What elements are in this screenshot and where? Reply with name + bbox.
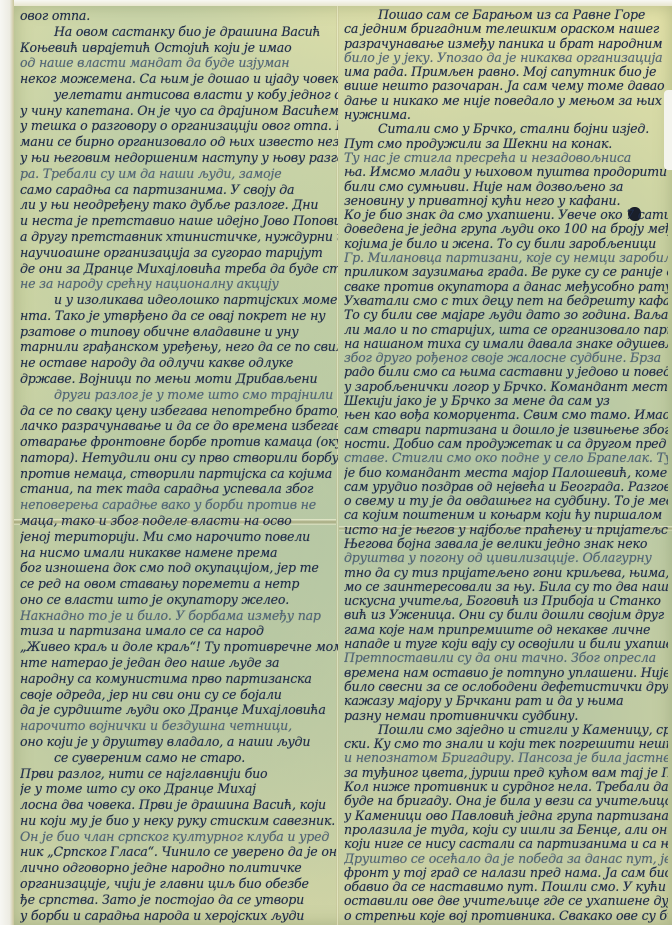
handwritten-line: сам ствари партизана и дошло је извињење…	[344, 423, 668, 437]
handwritten-line: Ухватали смо с тих децу пет на бедрешту …	[344, 294, 668, 308]
handwritten-line: лично одговорно једне народно политичке	[20, 860, 338, 876]
handwritten-line: у њи његовим недоршеним наступу у њову р…	[20, 150, 338, 166]
handwritten-line: Претпоставили су да они тачно. Због опре…	[344, 651, 668, 665]
handwritten-line: зеновину у приватној кући него у кафани.	[344, 194, 668, 208]
handwritten-line: мани се бирно организовало од њих извест…	[20, 134, 338, 150]
handwritten-line: обавио да се наставимо пут. Пошли смо. У…	[344, 880, 668, 894]
handwritten-line: њен као вођа коморџента. Свим смо тамо. …	[344, 408, 668, 422]
handwritten-line: да се по сваку цену избегава непотребно …	[20, 403, 338, 419]
handwritten-line: у заробљенички логор у Брчко. Командант …	[344, 380, 668, 394]
handwritten-line: Његова бојна завала је велики једно знак…	[344, 537, 668, 551]
handwritten-line: лачко разрачунавање и да се до времена и…	[20, 418, 338, 434]
handwritten-line: своје одреда, јер ни сви они су се бојал…	[20, 687, 338, 703]
handwritten-line: тиза и партизана имало се са народ	[20, 623, 338, 639]
handwritten-line: Пут смо продужили за Шекни на конак.	[344, 137, 668, 151]
handwritten-line: времена нам оставио је потпуно уплашени.…	[344, 666, 668, 680]
handwritten-line: исто на је његов у најбоље праћењу и при…	[344, 523, 668, 537]
handwritten-line: ња. Имсмо млади у њиховом пуштва продори…	[344, 165, 668, 179]
handwritten-line: нте натерао је један део наше људе за	[20, 655, 338, 671]
handwritten-line: неког можемена. Са њим је дошао и ијаду …	[20, 71, 338, 87]
handwritten-line: о стрепњи које вој противника. Свакако о…	[344, 909, 668, 923]
handwritten-line: маца, тако и због поделе власти на осво	[20, 513, 338, 529]
handwritten-line: искусна учитеља, Боговић из Прибоја и Ст…	[344, 594, 668, 608]
handwritten-line: и непознатом Бригадиру. Пансоза је била …	[344, 751, 668, 765]
handwritten-line: лосна два човека. Први је драшина Васић,…	[20, 797, 338, 813]
handwritten-line: за туђиног цвета, јуриш пред кућом вам т…	[344, 766, 668, 780]
handwritten-line: државе. Војници по мењи моти Дрибављени	[20, 371, 338, 387]
handwritten-line: се ред на овом ставању поремети а нетр	[20, 576, 338, 592]
handwritten-line: има рада. Примљен равно. Мој сапутник би…	[344, 65, 668, 79]
handwritten-line: На овом састанку био је драшина Васић	[20, 24, 338, 40]
handwritten-line: ли мало и по старијих, шта се организова…	[344, 323, 668, 337]
handwritten-line: са једним бригадним телешким ораском наш…	[344, 22, 668, 36]
handwritten-line: против немаца, створили партијска са кој…	[20, 466, 338, 482]
handwritten-line: вић из Уженица. Они су били дошли својим…	[344, 608, 668, 622]
handwritten-line: који ниге се нису састали са партизанима…	[344, 837, 668, 851]
handwritten-line: нта. Тако је утврђено да се овај покрет …	[20, 308, 338, 324]
scan-left-border	[0, 0, 14, 925]
handwritten-line: и неста је претставио наше идејно Јово П…	[20, 213, 338, 229]
handwritten-line: а другу претставник хтинистичке, нуждурн…	[20, 229, 338, 245]
handwritten-line: због друго рођеног своје жалосне судбине…	[344, 351, 668, 365]
handwritten-line: Први разлог, нити се најглавнији био	[20, 766, 338, 782]
handwritten-line: Накнадно то је и било. У борбама између …	[20, 608, 338, 624]
handwritten-line: Ту нас је стигла пресрећа и незадовољнис…	[344, 151, 668, 165]
handwritten-line: је у томе што су око Дранце Михај	[20, 781, 338, 797]
handwritten-line: оставили ове две учитељице где се ухапше…	[344, 894, 668, 908]
handwritten-line: народну са комунистима прво партизанска	[20, 671, 338, 687]
handwritten-line: тарнили грађанском уређењу, него да се п…	[20, 339, 338, 355]
handwritten-line: Шекији јако је у Брчко за мене да сам уз	[344, 394, 668, 408]
handwritten-line: патора). Нетудили они су прво створили б…	[20, 450, 338, 466]
handwritten-line: само сарадња са партизанима. У своју да	[20, 182, 338, 198]
handwritten-line: о свему и ту је да овдашњег на судбину. …	[344, 494, 668, 508]
handwritten-line: То су били све мајаре људи дато зо годин…	[344, 308, 668, 322]
handwritten-line: сваке против окупатора а данас међусобно…	[344, 280, 668, 294]
handwritten-line: у борби и сарадња народа и херојских људ…	[20, 908, 338, 924]
handwritten-line: де они за Дранце Михајловића треба да бу…	[20, 261, 338, 277]
handwritten-line: са којим поштеним и коњарм који ћу пирша…	[344, 508, 668, 522]
handwritten-line: друштва у погону од цивилизације. Облагу…	[344, 551, 668, 565]
left-column-text: овог отпа.На овом састанку био је драшин…	[20, 8, 338, 923]
handwritten-line: ски. Ку смо то знали и који тек погрешит…	[344, 737, 668, 751]
handwritten-line: отварање фронтовне борбе против камаца (…	[20, 434, 338, 450]
handwritten-line: пролазила је туда, који су ишли за Бенце…	[344, 823, 668, 837]
handwritten-line: бог изношена док смо под окупацијом, јер…	[20, 560, 338, 576]
handwritten-line: оно се власти што је окупатору желео.	[20, 592, 338, 608]
handwritten-line: на нашаном тиха су имали давала знаке од…	[344, 337, 668, 351]
handwritten-line: ник „Српског Гласа“. Чинило се уверено д…	[20, 844, 338, 860]
handwritten-line: сам урудио поздрав од нејвећа и Београда…	[344, 480, 668, 494]
handwritten-line: мо се заинтересовали за њу. Била су то д…	[344, 580, 668, 594]
right-column-text: Пошао сам се Барањом из са Равне Гореса …	[344, 8, 668, 923]
handwritten-line: ставе. Стигли смо око подне у село Брапе…	[344, 451, 668, 465]
handwritten-line: Кол ниже противник и сурдног нела. Треба…	[344, 780, 668, 794]
handwritten-line: приликом заузимања града. Ве руке су се …	[344, 265, 668, 279]
handwritten-line: оно који је у друштву владало, а наши љу…	[20, 734, 338, 750]
handwritten-line: јеној територији. Ми смо нарочито повели	[20, 529, 338, 545]
handwritten-line: било је у јеку. Упозао да је никаква орг…	[344, 51, 668, 65]
handwritten-line: научиоашне организација за сугорао тариј…	[20, 245, 338, 261]
handwritten-line: Он је био члан српског културног клуба и…	[20, 829, 338, 845]
handwritten-line: нужнима.	[344, 108, 668, 122]
handwritten-line: је био командант места мајор Палошевић, …	[344, 466, 668, 480]
handwritten-line: у чину капетана. Он је чуо са драјином В…	[20, 103, 338, 119]
handwritten-line: „Живео краљ и доле краљ“! Ту противречне…	[20, 639, 338, 655]
handwritten-line: ни који му је био у неку руку стиским са…	[20, 813, 338, 829]
handwritten-line: у Каменици ово Павловић једна група парт…	[344, 809, 668, 823]
handwritten-line: било свесни за се ослободени дефетистичк…	[344, 680, 668, 694]
handwritten-line: нарочито војнички и бездушна четници,	[20, 718, 338, 734]
handwritten-line: не за народу срећну националну акцију	[20, 276, 338, 292]
handwritten-line: ра. Требали су им да наши људи, замоје	[20, 166, 338, 182]
handwritten-line: ности. Добио сам продужетак и са другом …	[344, 437, 668, 451]
handwritten-line: тно да су тиз пријатељено гони криљева, …	[344, 566, 668, 580]
handwritten-line: гама које нам припремиште од некакве лич…	[344, 623, 668, 637]
handwritten-line: нападе и туге који вају су освојили и би…	[344, 637, 668, 651]
handwritten-line: Друштво се осећало да је победа за данас…	[344, 852, 668, 866]
handwritten-line: разрачунавање између паника и брат народ…	[344, 37, 668, 51]
handwritten-line: фронт у тој град се налази пред нама. Ја…	[344, 866, 668, 880]
handwritten-line: рзатове о типову обичне владавине и уну	[20, 324, 338, 340]
handwritten-line: Пошли смо заједно и стигли у Каменицу, с…	[344, 723, 668, 737]
handwritten-line: буде на бригаду. Она је била у вези са у…	[344, 794, 668, 808]
handwritten-line: се сувереним само не старо.	[20, 750, 338, 766]
handwritten-line: дање и никако ме није поведало у мењом з…	[344, 94, 668, 108]
handwritten-line: ђе српства. Зато је постојао да се утвор…	[20, 892, 338, 908]
handwritten-line: кажазу мајору у Брчкани рат и да у њима	[344, 694, 668, 708]
handwritten-line: доведена је једна група људи око 100 на …	[344, 222, 668, 236]
handwritten-line: Гр. Милановца партизани, које су немци з…	[344, 251, 668, 265]
handwritten-line: уелетати антисова власти у кобу једног о…	[20, 87, 338, 103]
handwritten-line: ли у њи неодређену тако дубље разлоге. Д…	[20, 197, 338, 213]
handwritten-line: којима је било и жена. То су били заробљ…	[344, 237, 668, 251]
handwritten-line: неповерења сарадње вако у борби против н…	[20, 497, 338, 513]
handwritten-line: били смо сумњиви. Није нам дозвољено за	[344, 180, 668, 194]
handwritten-line: радо били смо са њима саставни у једово …	[344, 365, 668, 379]
handwritten-line: овог отпа.	[20, 8, 338, 24]
handwritten-line: на нисмо имали никакве намене према	[20, 545, 338, 561]
handwritten-line: Коњевић иврајетић Остојић који је имао	[20, 40, 338, 56]
handwritten-line: и у изоликава идеолошко партијских моме	[20, 292, 338, 308]
handwritten-line: разну немаи противнички судбину.	[344, 709, 668, 723]
handwritten-line: од наше власти мандат да буде изјуман	[20, 55, 338, 71]
handwritten-line: да је сурдиште људи око Дранце Михајлови…	[20, 702, 338, 718]
handwritten-line: други разлог је у томе што смо трајнили	[20, 387, 338, 403]
handwritten-line: не оставе народу да одлучи какве одлуке	[20, 355, 338, 371]
handwritten-line: организације, чији је главни циљ био обе…	[20, 876, 338, 892]
handwritten-line: Пошао сам се Барањом из са Равне Горе	[344, 8, 668, 22]
handwritten-line: Ко је био знак да смо ухапшени. Увече ок…	[344, 208, 668, 222]
handwritten-line: више нешто разочаран. Ја сам чему томе д…	[344, 79, 668, 93]
handwritten-line: у тешка о разговору о организацији овог …	[20, 118, 338, 134]
handwritten-line: Ситали смо у Брчко, стални бојни изјед.	[344, 122, 668, 136]
handwritten-line: станиа, па тек тада сарадња успевала збо…	[20, 481, 338, 497]
